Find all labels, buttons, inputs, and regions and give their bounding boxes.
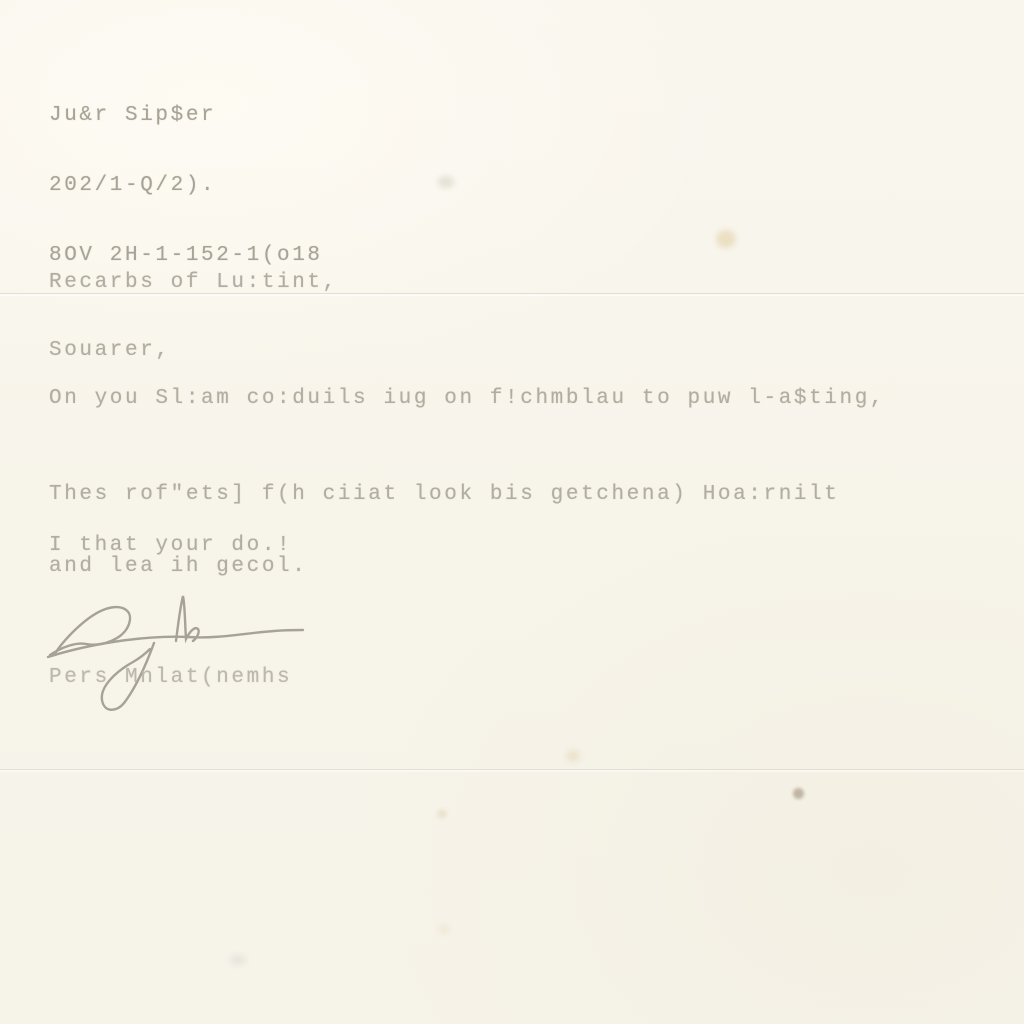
header-line: 8OV 2H-1-152-1(o18 [49, 244, 323, 268]
paper-stain [716, 230, 736, 248]
paper-stain [230, 955, 246, 965]
paper-stain [438, 176, 454, 188]
body-paragraph: On you Sl:am co:duils iug on f!chmblau t… [49, 387, 885, 410]
paper-stain [437, 810, 447, 818]
fold-crease-bottom [0, 769, 1024, 772]
paper-stain [438, 925, 450, 934]
header-line: 202/1-Q/2). [49, 174, 323, 198]
body-paragraph: I that your do.! [49, 534, 292, 557]
letter-header-block: Ju&r Sip$er 202/1-Q/2). 8OV 2H-1-152-1(o… [49, 58, 323, 291]
subject-line: Recarbs of Lu:tint, [49, 271, 338, 294]
header-line: Ju&r Sip$er [49, 104, 323, 128]
paper-stain [793, 788, 804, 799]
body-line: and lea ih gecol. [49, 554, 840, 580]
body-line: Thes rof"ets] f(h ciiat look bis getchen… [49, 482, 840, 508]
salutation: Souarer, [49, 339, 171, 362]
body-paragraph: Thes rof"ets] f(h ciiat look bis getchen… [49, 436, 840, 603]
signature-name: Pers Mnlat(nemhs [49, 666, 292, 689]
paper-stain [566, 750, 580, 762]
handwritten-signature [40, 583, 325, 733]
